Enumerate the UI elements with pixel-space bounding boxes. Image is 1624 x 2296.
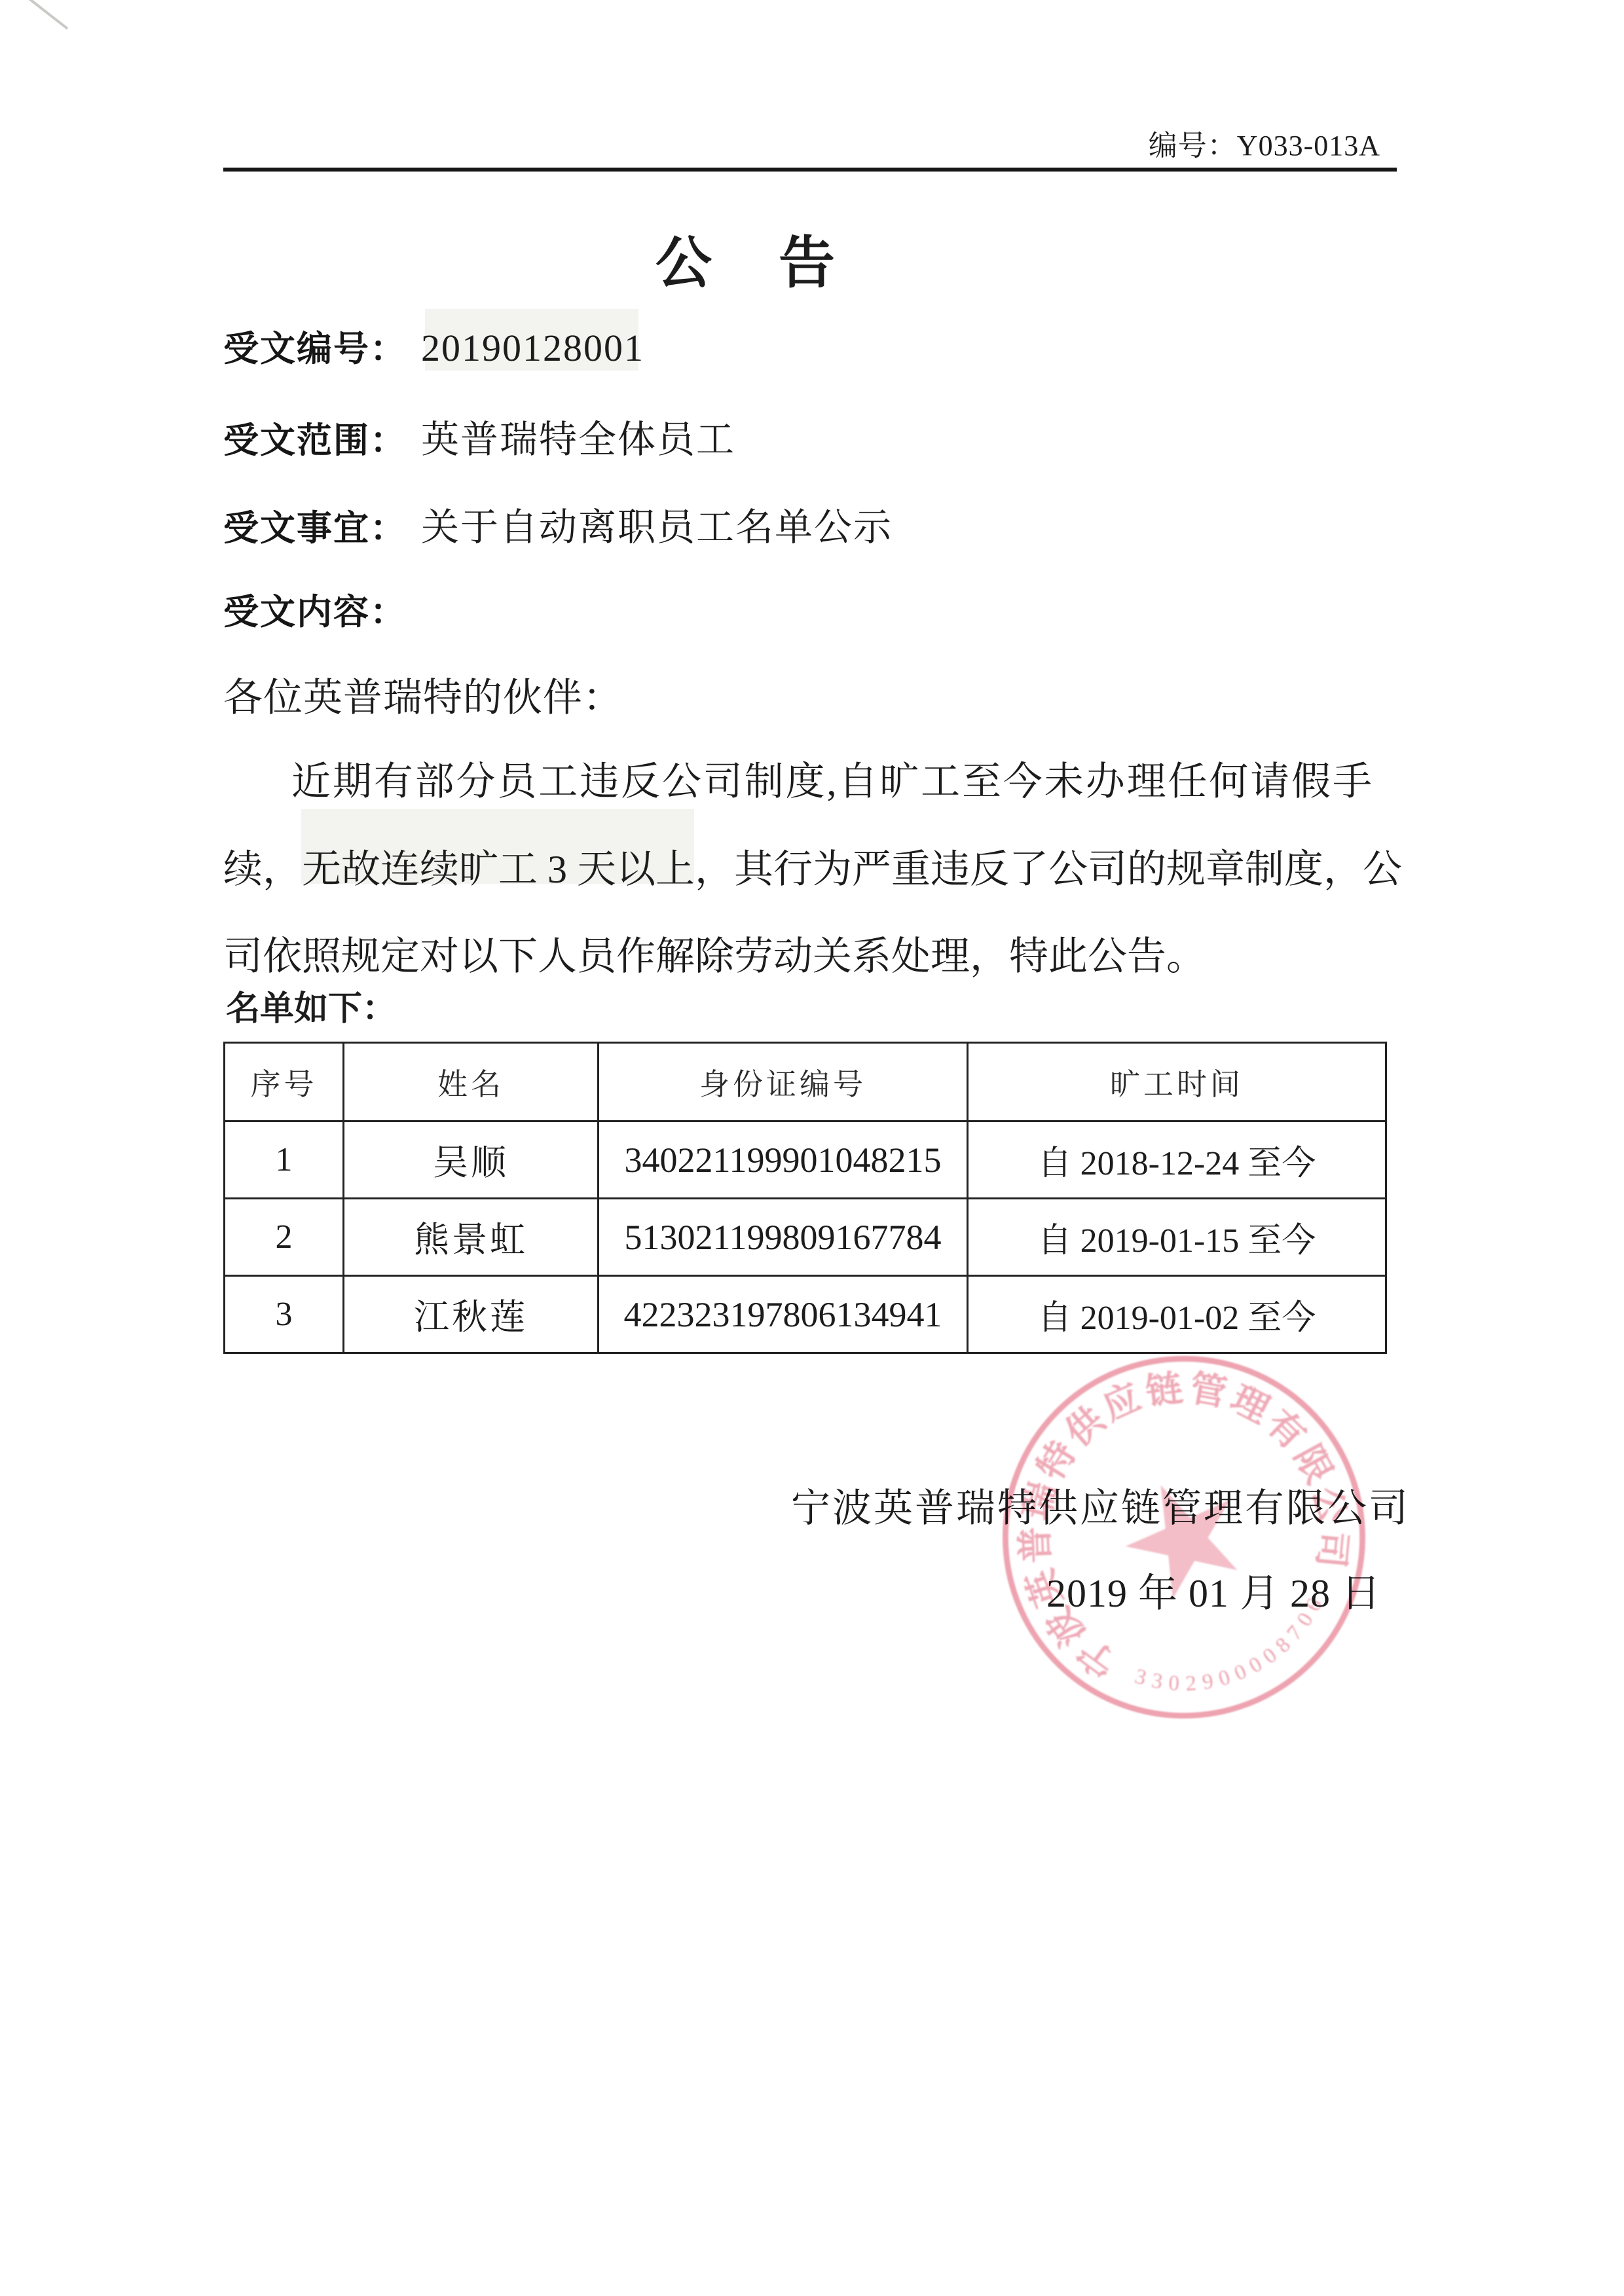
table-header-name: 姓名 xyxy=(344,1043,599,1121)
field-scope: 受文范围： 英普瑞特全体员工 xyxy=(223,409,735,464)
company-seal-stamp: 宁波英普瑞特供应链管理有限公司 3302900008706 xyxy=(933,1286,1435,1788)
cell-no: 2 xyxy=(225,1199,344,1276)
body-paragraph-line: 近期有部分员工违反公司制度,自旷工至今未办理任何请假手 xyxy=(223,750,1372,807)
scanned-announcement-page: 编号： Y033-013A 公 告 受文编号： 20190128001 受文范围… xyxy=(0,0,1624,2296)
field-doc-number-label: 受文编号： xyxy=(223,321,407,371)
table-row: 2 熊景虹 513021199809167784 自 2019-01-15 至今 xyxy=(225,1199,1386,1276)
field-doc-number: 受文编号： 20190128001 xyxy=(223,321,644,371)
cell-no: 3 xyxy=(225,1276,344,1353)
list-intro-label: 名单如下： xyxy=(226,981,396,1030)
cell-name: 江秋莲 xyxy=(344,1276,599,1353)
cell-id: 340221199901048215 xyxy=(599,1121,968,1199)
field-scope-value: 英普瑞特全体员工 xyxy=(421,409,735,464)
table-header-no: 序号 xyxy=(225,1043,344,1121)
scan-corner-mark xyxy=(24,0,69,29)
doc-reference-value: Y033-013A xyxy=(1237,129,1380,162)
body-paragraph-line: 司依照规定对以下人员作解除劳动关系处理，特此公告。 xyxy=(223,925,1372,981)
page-title: 公 告 xyxy=(167,217,1329,299)
field-subject-label: 受文事宜： xyxy=(223,500,407,551)
field-content: 受文内容： xyxy=(223,584,421,634)
cell-id: 422323197806134941 xyxy=(599,1276,968,1353)
field-content-label: 受文内容： xyxy=(223,584,407,634)
header-rule xyxy=(223,168,1397,172)
cell-id: 513021199809167784 xyxy=(599,1199,968,1276)
cell-name: 熊景虹 xyxy=(344,1199,599,1276)
doc-reference: 编号： Y033-013A xyxy=(1149,122,1380,164)
body-paragraph-line: 续，无故连续旷工 3 天以上，其行为严重违反了公司的规章制度，公 xyxy=(223,838,1372,894)
seal-star-icon xyxy=(1109,1462,1257,1608)
field-subject: 受文事宜： 关于自动离职员工名单公示 xyxy=(223,496,893,551)
table-row: 1 吴顺 340221199901048215 自 2018-12-24 至今 xyxy=(225,1121,1386,1199)
cell-period: 自 2018-12-24 至今 xyxy=(968,1121,1386,1199)
greeting-line: 各位英普瑞特的伙伴： xyxy=(223,666,623,723)
dismissed-employees-table: 序号 姓名 身份证编号 旷工时间 1 吴顺 340221199901048215… xyxy=(223,1042,1387,1354)
cell-name: 吴顺 xyxy=(344,1121,599,1199)
field-subject-value: 关于自动离职员工名单公示 xyxy=(421,496,893,551)
doc-reference-label: 编号： xyxy=(1149,122,1237,164)
cell-no: 1 xyxy=(225,1121,344,1199)
field-scope-label: 受文范围： xyxy=(223,412,407,463)
seal-serial-number: 3302900008706 xyxy=(1125,1582,1348,1726)
table-header-id: 身份证编号 xyxy=(599,1043,968,1121)
cell-period: 自 2019-01-15 至今 xyxy=(968,1199,1386,1276)
field-doc-number-value: 20190128001 xyxy=(421,326,644,370)
table-header-period: 旷工时间 xyxy=(968,1043,1386,1121)
table-header-row: 序号 姓名 身份证编号 旷工时间 xyxy=(225,1043,1386,1121)
